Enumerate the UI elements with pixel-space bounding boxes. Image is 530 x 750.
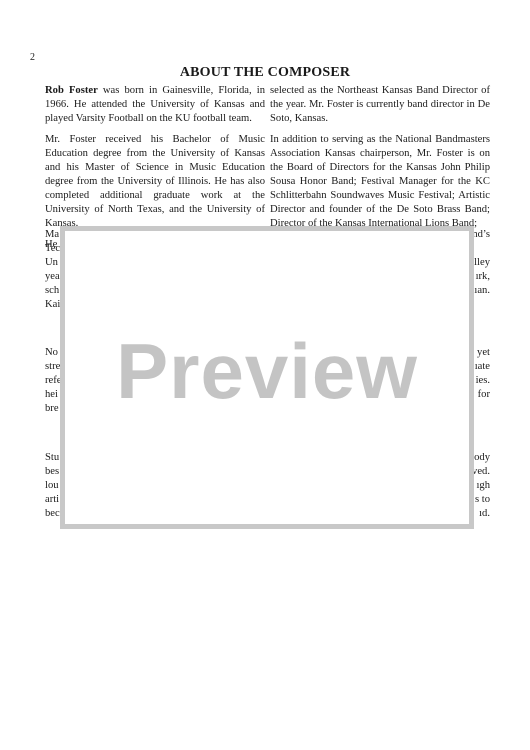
preview-watermark: Preview bbox=[65, 326, 469, 417]
text-fragment: s to bbox=[475, 493, 490, 507]
text-fragment: Tec bbox=[45, 242, 60, 256]
text-fragment: yet bbox=[477, 346, 490, 360]
text-fragment: lou bbox=[45, 479, 59, 493]
paragraph-director-award: selected as the Northeast Kansas Band Di… bbox=[270, 84, 490, 126]
text-fragment: bes bbox=[45, 465, 59, 479]
page-number: 2 bbox=[30, 52, 35, 63]
text-fragment: nd’s bbox=[472, 228, 490, 242]
text-fragment: ies. bbox=[476, 374, 490, 388]
text-fragment: bec bbox=[45, 507, 60, 521]
paragraph-bio-intro: Rob Foster was born in Gainesville, Flor… bbox=[45, 84, 265, 126]
text-fragment: lley bbox=[474, 256, 490, 270]
paragraph-affiliations: In addition to serving as the National B… bbox=[270, 133, 490, 231]
text-fragment: No bbox=[45, 346, 58, 360]
text-fragment: yea bbox=[45, 270, 60, 284]
text-fragment: ıd. bbox=[479, 507, 490, 521]
paragraph-education: Mr. Foster received his Bachelor of Musi… bbox=[45, 133, 265, 231]
text-fragment: refe bbox=[45, 374, 61, 388]
text-fragment: Stu bbox=[45, 451, 59, 465]
preview-overlay: Preview bbox=[60, 226, 474, 529]
text-fragment: ırk, bbox=[476, 270, 490, 284]
text-fragment: stre bbox=[45, 360, 60, 374]
text-fragment: hei bbox=[45, 388, 58, 402]
text-fragment: ody bbox=[474, 451, 490, 465]
text-fragment: sch bbox=[45, 284, 59, 298]
text-fragment: Ma bbox=[45, 228, 59, 242]
text-fragment: for bbox=[478, 388, 490, 402]
text-fragment: Un bbox=[45, 256, 58, 270]
text-fragment: Kai bbox=[45, 298, 60, 312]
composer-name: Rob Foster bbox=[45, 85, 98, 96]
text-fragment: ıgh bbox=[476, 479, 490, 493]
text-fragment: ıate bbox=[475, 360, 490, 374]
text-fragment: ıan. bbox=[474, 284, 490, 298]
page-title: ABOUT THE COMPOSER bbox=[0, 65, 530, 81]
right-column: selected as the Northeast Kansas Band Di… bbox=[270, 84, 490, 238]
text-fragment: arti bbox=[45, 493, 59, 507]
text-fragment: bre bbox=[45, 402, 59, 416]
text-fragment: ved. bbox=[472, 465, 490, 479]
